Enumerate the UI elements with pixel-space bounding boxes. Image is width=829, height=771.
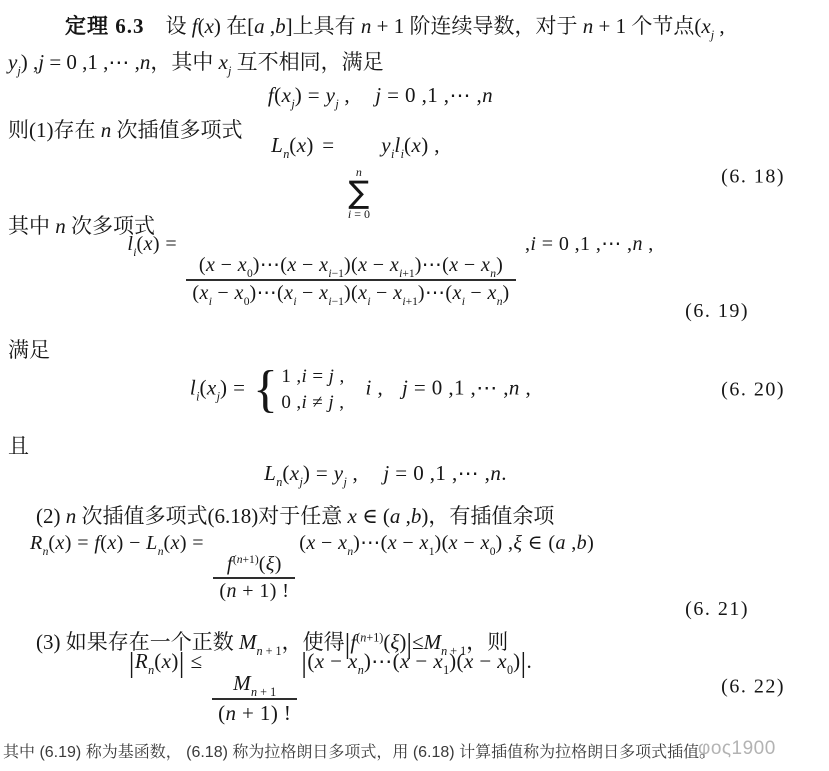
math-var: n	[66, 504, 77, 528]
math-text: ≤	[185, 649, 208, 673]
math-text: ,	[400, 504, 411, 528]
math-var: R	[135, 649, 148, 673]
subscript: i−1	[328, 266, 344, 279]
math-text: 其中	[8, 214, 55, 238]
math-text: −	[367, 254, 389, 276]
para-theorem-line2: yj) ,j = 0 ,1 ,⋯ ,n，其中 xj 互不相同，满足	[8, 46, 793, 79]
math-text: ,	[334, 366, 344, 387]
math-var: a	[555, 532, 565, 554]
math-text: ) ,	[421, 133, 440, 157]
math-text: −	[474, 649, 498, 673]
math-text: −	[297, 254, 319, 276]
math-text: ,	[520, 233, 531, 255]
math-var: a	[390, 504, 401, 528]
math-var: y	[326, 83, 336, 107]
math-text: ) =	[295, 83, 326, 107]
math-var: n	[583, 14, 594, 38]
math-var: x	[219, 50, 228, 74]
math-var: M	[233, 671, 251, 695]
theorem-heading: 定理 6.3	[65, 14, 145, 38]
math-text: ,	[334, 392, 344, 413]
math-var: x	[287, 254, 296, 276]
math-text: 0 ,	[281, 392, 301, 413]
math-text: ,	[372, 376, 383, 400]
math-text: −1	[332, 266, 344, 279]
math-var: y	[334, 461, 344, 485]
math-text: 设	[145, 14, 192, 38]
math-text: ) ,	[496, 532, 514, 554]
math-var: n	[482, 83, 493, 107]
math-text: ) =	[180, 532, 210, 554]
superscript: (n+1)	[356, 631, 383, 645]
math-var: ξ	[513, 532, 522, 554]
equation-6-18: Ln(x)=n∑i = 0yili(x) , (6. 18)	[8, 146, 793, 208]
math-var: x	[162, 649, 172, 673]
math-var: x	[481, 254, 490, 276]
equation-ln-values: Ln(xj) = yj ,j = 0 ,1 ,⋯ ,n.	[8, 458, 793, 492]
equation-label-6-20: (6. 20)	[721, 379, 785, 402]
math-var: x	[390, 254, 399, 276]
math-text: 且	[8, 434, 29, 458]
math-text: (	[289, 133, 296, 157]
math-text: + 1 个节点(	[593, 14, 701, 38]
math-var: x	[449, 254, 458, 276]
math-text: + 1	[257, 685, 276, 699]
math-text: )	[496, 254, 503, 276]
math-text: )⋯(	[364, 649, 400, 673]
equation-6-20: li(xj) = {1 ,i = j ,0 ,i ≠ j ,i ,j = 0 ,…	[8, 362, 793, 418]
math-text: ) =	[65, 532, 95, 554]
math-text: ,	[347, 461, 358, 485]
math-text: )⋯(	[353, 532, 388, 554]
math-text: ∈ (	[357, 504, 390, 528]
math-text: ,	[339, 83, 350, 107]
math-text: −	[215, 254, 237, 276]
math-text: )，有插值余项	[421, 504, 554, 528]
math-text: (	[198, 14, 205, 38]
math-text: (	[154, 649, 161, 673]
math-text: )⋯(	[253, 254, 288, 276]
math-text: (	[200, 376, 207, 400]
math-var: y	[381, 133, 391, 157]
math-text: )⋯(	[415, 254, 450, 276]
math-var: x	[449, 532, 458, 554]
equation-6-22: |Rn(x)| ≤ Mn + 1(n + 1) !|(x − xn)⋯(x − …	[8, 658, 793, 716]
math-var: x	[419, 532, 428, 554]
math-text: ) =	[153, 233, 183, 255]
math-var: n	[55, 214, 66, 238]
fraction: Mn + 1(n + 1) !	[212, 670, 297, 727]
equation-label-6-21: (6. 21)	[685, 598, 749, 620]
math-var: x	[348, 504, 357, 528]
math-text: 次插值多项式(6.18)对于任意	[76, 504, 347, 528]
superscript: (n+1)	[233, 553, 259, 566]
math-text: ) 在[	[214, 14, 254, 38]
equation-label-line-6-21: (6. 21)	[8, 598, 793, 621]
cases-row: 0 ,i ≠ j ,	[281, 390, 344, 416]
math-text: = 0 ,1 ,⋯ ,	[408, 376, 509, 400]
math-text: + 1 阶连续导数，对于	[371, 14, 582, 38]
equation-label-6-19: (6. 19)	[685, 300, 749, 322]
cases: {1 ,i = j ,0 ,i ≠ j ,	[253, 364, 345, 415]
math-text: = 0 ,1 ,⋯ ,	[536, 233, 632, 255]
math-row: |Rn(x)| ≤ Mn + 1(n + 1) !|(x − xn)⋯(x − …	[129, 648, 532, 727]
math-var: x	[144, 233, 153, 255]
math-var: a	[254, 14, 265, 38]
equation-interpolation-condition: f(xj) = yj ,j = 0 ,1 ,⋯ ,n	[8, 80, 793, 114]
math-var: x	[206, 254, 215, 276]
numerator: f(n+1)(ξ)	[221, 552, 288, 577]
sigma-icon: ∑	[348, 179, 369, 208]
math-text: ,	[643, 233, 654, 255]
math-text: ,	[520, 376, 531, 400]
math-text: (	[274, 83, 281, 107]
math-text: )(	[435, 532, 449, 554]
math-text: 则(1)存在	[8, 118, 101, 142]
math-text: +1	[402, 266, 414, 279]
math-var: x	[205, 14, 214, 38]
math-var: n	[632, 233, 642, 255]
math-var: x	[411, 133, 421, 157]
math-text: ) =	[303, 461, 334, 485]
math-var: y	[8, 50, 17, 74]
subscript: n + 1	[251, 685, 276, 699]
math-text: = 0 ,1 ,⋯ ,	[44, 50, 140, 74]
math-row: Ln(xj) = yj ,j = 0 ,1 ,⋯ ,n.	[264, 461, 507, 488]
equation-label-6-18: (6. 18)	[721, 166, 785, 189]
math-var: x	[358, 254, 367, 276]
math-var: x	[207, 376, 217, 400]
math-text: ) ,	[21, 50, 39, 74]
math-text: ≠	[307, 392, 328, 413]
math-text: 满足	[8, 338, 50, 362]
math-var: R	[30, 532, 43, 554]
math-text: −	[410, 649, 434, 673]
math-var: x	[282, 83, 292, 107]
math-text: ,	[265, 14, 276, 38]
math-var: L	[146, 532, 158, 554]
math-text: .	[501, 461, 507, 485]
math-text: +1)	[366, 631, 383, 645]
math-text: −	[397, 532, 419, 554]
math-var: ξ	[266, 553, 275, 575]
subscript: i+1	[399, 266, 415, 279]
math-text: )	[306, 133, 313, 157]
math-text: =	[307, 366, 328, 387]
math-text: (	[307, 649, 314, 673]
math-var: x	[348, 649, 358, 673]
math-text: = 0 ,1 ,⋯ ,	[390, 461, 491, 485]
math-var: x	[238, 254, 247, 276]
numerator: (x − x0)⋯(x − xi−1)(x − xi+1)⋯(x − xn)	[193, 253, 509, 279]
math-var: b	[577, 532, 587, 554]
brace-icon: {	[253, 369, 278, 411]
math-var: x	[338, 532, 347, 554]
math-text: (	[282, 461, 289, 485]
math-var: x	[388, 532, 397, 554]
math-var: n	[225, 701, 236, 725]
math-text: ) =	[220, 376, 251, 400]
math-row: Ln(x)=n∑i = 0yili(x) ,	[271, 133, 440, 222]
math-text: (2)	[36, 504, 66, 528]
math-var: x	[497, 649, 507, 673]
equation-6-21: Rn(x) = f(x) − Ln(x) = f(n+1)(ξ)(n + 1) …	[8, 536, 793, 598]
math-var: x	[297, 133, 307, 157]
math-text: (	[164, 532, 171, 554]
math-text: −	[316, 532, 338, 554]
math-text: +1)	[243, 553, 259, 566]
math-var: x	[107, 532, 116, 554]
math-var: n	[140, 50, 151, 74]
math-text: ,	[566, 532, 577, 554]
math-var: x	[319, 254, 328, 276]
math-text: .	[527, 649, 533, 673]
math-text: )	[171, 649, 178, 673]
math-var: x	[171, 532, 180, 554]
math-text: 1 ,	[281, 366, 301, 387]
numerator: Mn + 1	[227, 670, 282, 698]
math-var: x	[400, 649, 410, 673]
math-var: b	[411, 504, 422, 528]
math-text: 互不相同，满足	[231, 50, 383, 74]
footer-text: 其中 (6.19) 称为基函数， (6.18) 称为拉格朗日多项式，用 (6.1…	[3, 744, 715, 761]
math-text: −	[459, 254, 481, 276]
math-text: −	[324, 649, 348, 673]
math-var: x	[464, 649, 474, 673]
math-var: x	[480, 532, 489, 554]
math-var: n	[361, 14, 372, 38]
math-var: x	[290, 461, 300, 485]
equation-label-line-6-19: (6. 19)	[8, 300, 793, 323]
math-text: ) −	[117, 532, 147, 554]
fraction: f(n+1)(ξ)(n + 1) !	[213, 552, 295, 604]
equation-6-19: li(x) = (x − x0)⋯(x − xi−1)(x − xi+1)⋯(x…	[8, 236, 793, 302]
math-text: )(	[344, 254, 358, 276]
cases-row: 1 ,i = j ,	[281, 364, 344, 390]
math-text: (	[137, 233, 144, 255]
math-text: )	[587, 532, 594, 554]
math-text: ∈ (	[522, 532, 555, 554]
equation-label-6-22: (6. 22)	[721, 676, 785, 699]
math-text: 次插值多项式	[111, 118, 242, 142]
math-text: )(	[449, 649, 464, 673]
math-text: (	[259, 553, 266, 575]
math-text: ,	[714, 14, 725, 38]
math-text: ]上具有	[286, 14, 361, 38]
cases-rows: 1 ,i = j ,0 ,i ≠ j ,	[281, 364, 344, 415]
math-var: x	[55, 532, 64, 554]
math-var: x	[701, 14, 710, 38]
math-text: =	[322, 133, 334, 157]
math-row: li(xj) = {1 ,i = j ,0 ,i ≠ j ,i ,j = 0 ,…	[190, 364, 531, 415]
math-var: n	[490, 461, 501, 485]
math-text: ，其中	[150, 50, 218, 74]
math-var: b	[275, 14, 286, 38]
math-var: L	[271, 133, 283, 157]
para-theorem-line1: 定理 6.3 设 f(x) 在[a ,b]上具有 n + 1 阶连续导数，对于 …	[8, 10, 793, 43]
math-var: n	[101, 118, 112, 142]
math-var: n	[509, 376, 520, 400]
math-text: )	[275, 553, 282, 575]
document-page: 定理 6.3 设 f(x) 在[a ,b]上具有 n + 1 阶连续导数，对于 …	[0, 0, 829, 771]
math-text: = 0 ,1 ,⋯ ,	[382, 83, 483, 107]
para-part2: (2) n 次插值多项式(6.18)对于任意 x ∈ (a ,b)，有插值余项	[8, 500, 793, 533]
math-row: li(x) = (x − x0)⋯(x − xi−1)(x − xi+1)⋯(x…	[127, 231, 653, 308]
math-text: + 1) !	[236, 701, 291, 725]
math-text: (	[199, 254, 206, 276]
footer-caption: 其中 (6.19) 称为基函数， (6.18) 称为拉格朗日多项式，用 (6.1…	[3, 739, 829, 762]
math-var: L	[264, 461, 276, 485]
math-var: x	[306, 532, 315, 554]
math-row: f(xj) = yj ,j = 0 ,1 ,⋯ ,n	[268, 83, 493, 110]
math-var: x	[433, 649, 443, 673]
math-row: Rn(x) = f(x) − Ln(x) = f(n+1)(ξ)(n + 1) …	[30, 530, 594, 604]
math-text: −	[458, 532, 480, 554]
denominator: (n + 1) !	[212, 698, 297, 726]
